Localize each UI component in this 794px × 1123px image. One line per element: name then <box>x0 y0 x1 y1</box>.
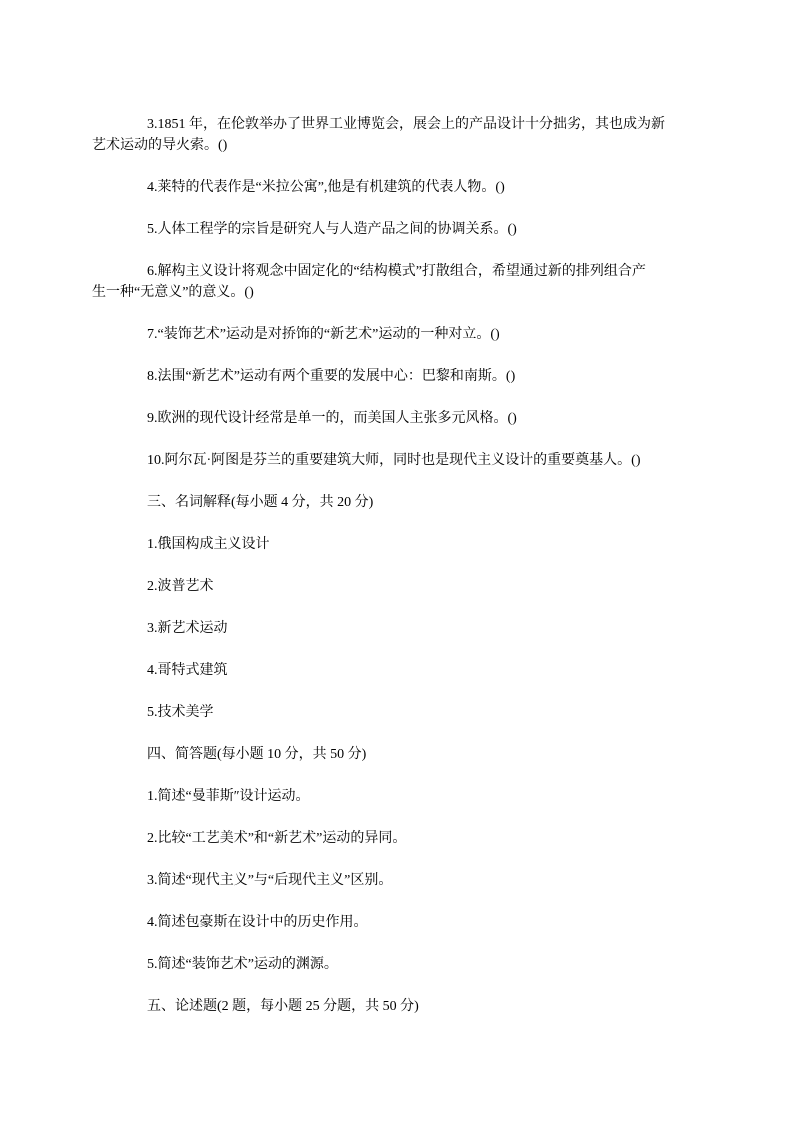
exam-document-page: 3.1851 年，在伦敦举办了世界工业博览会，展会上的产品设计十分拙劣，其也成为… <box>0 0 794 1123</box>
short-answer-2: 2.比较“工艺美术”和“新艺术”运动的异同。 <box>92 828 701 849</box>
tf-question-3: 3.1851 年，在伦敦举办了世界工业博览会，展会上的产品设计十分拙劣，其也成为… <box>92 114 701 156</box>
paragraph-line: 3.简述“现代主义”与“后现代主义”区别。 <box>92 870 701 891</box>
tf-question-4: 4.莱特的代表作是“米拉公寓”,他是有机建筑的代表人物。() <box>92 177 701 198</box>
section-three-heading: 三、名词解释(每小题 4 分，共 20 分) <box>92 492 701 513</box>
paragraph-line: 7.“装饰艺术”运动是对挢饰的“新艺术”运动的一种对立。() <box>92 324 701 345</box>
section-four-heading: 四、简答题(每小题 10 分，共 50 分) <box>92 744 701 765</box>
glossary-term-3: 3.新艺术运动 <box>92 618 701 639</box>
section-five-heading: 五、论述题(2 题，每小题 25 分题，共 50 分) <box>92 996 701 1017</box>
paragraph-line: 4.简述包豪斯在设计中的历史作用。 <box>92 912 701 933</box>
tf-question-10: 10.阿尔瓦·阿图是芬兰的重要建筑大师，同时也是现代主义设计的重要奠基人。() <box>92 450 701 471</box>
short-answer-1: 1.简述“曼菲斯″设计运动。 <box>92 786 701 807</box>
paragraph-line: 10.阿尔瓦·阿图是芬兰的重要建筑大师，同时也是现代主义设计的重要奠基人。() <box>92 450 701 471</box>
tf-question-7: 7.“装饰艺术”运动是对挢饰的“新艺术”运动的一种对立。() <box>92 324 701 345</box>
paragraph-line: 5.人体工程学的宗旨是研究人与人造产品之间的协调关系。() <box>92 219 701 240</box>
tf-question-5: 5.人体工程学的宗旨是研究人与人造产品之间的协调关系。() <box>92 219 701 240</box>
paragraph-line: 2.波普艺术 <box>92 576 701 597</box>
tf-question-6: 6.解构主义设计将观念中固定化的“结构模式”打散组合，希望通过新的排列组合产 生… <box>92 261 701 303</box>
short-answer-5: 5.简述“装饰艺术”运动的渊源。 <box>92 954 701 975</box>
paragraph-line: 3.1851 年，在伦敦举办了世界工业博览会，展会上的产品设计十分拙劣，其也成为… <box>92 114 701 135</box>
short-answer-4: 4.简述包豪斯在设计中的历史作用。 <box>92 912 701 933</box>
section-heading-text: 五、论述题(2 题，每小题 25 分题，共 50 分) <box>92 996 701 1017</box>
paragraph-line: 4.哥特式建筑 <box>92 660 701 681</box>
paragraph-line: 1.俄国构成主义设计 <box>92 534 701 555</box>
paragraph-line: 生一种“无意义”的意义。() <box>92 282 701 303</box>
paragraph-line: 艺术运动的导火索。() <box>92 135 701 156</box>
glossary-term-5: 5.技术美学 <box>92 702 701 723</box>
paragraph-line: 8.法围“新艺术”运动有两个重要的发展中心：巴黎和南斯。() <box>92 366 701 387</box>
glossary-term-2: 2.波普艺术 <box>92 576 701 597</box>
paragraph-line: 6.解构主义设计将观念中固定化的“结构模式”打散组合，希望通过新的排列组合产 <box>92 261 701 282</box>
paragraph-line: 5.简述“装饰艺术”运动的渊源。 <box>92 954 701 975</box>
paragraph-line: 3.新艺术运动 <box>92 618 701 639</box>
paragraph-line: 9.欧洲的现代设计经常是单一的，而美国人主张多元风格。() <box>92 408 701 429</box>
paragraph-line: 2.比较“工艺美术”和“新艺术”运动的异同。 <box>92 828 701 849</box>
tf-question-8: 8.法围“新艺术”运动有两个重要的发展中心：巴黎和南斯。() <box>92 366 701 387</box>
glossary-term-4: 4.哥特式建筑 <box>92 660 701 681</box>
section-heading-text: 四、简答题(每小题 10 分，共 50 分) <box>92 744 701 765</box>
tf-question-9: 9.欧洲的现代设计经常是单一的，而美国人主张多元风格。() <box>92 408 701 429</box>
paragraph-line: 5.技术美学 <box>92 702 701 723</box>
section-heading-text: 三、名词解释(每小题 4 分，共 20 分) <box>92 492 701 513</box>
glossary-term-1: 1.俄国构成主义设计 <box>92 534 701 555</box>
paragraph-line: 4.莱特的代表作是“米拉公寓”,他是有机建筑的代表人物。() <box>92 177 701 198</box>
paragraph-line: 1.简述“曼菲斯″设计运动。 <box>92 786 701 807</box>
short-answer-3: 3.简述“现代主义”与“后现代主义”区别。 <box>92 870 701 891</box>
